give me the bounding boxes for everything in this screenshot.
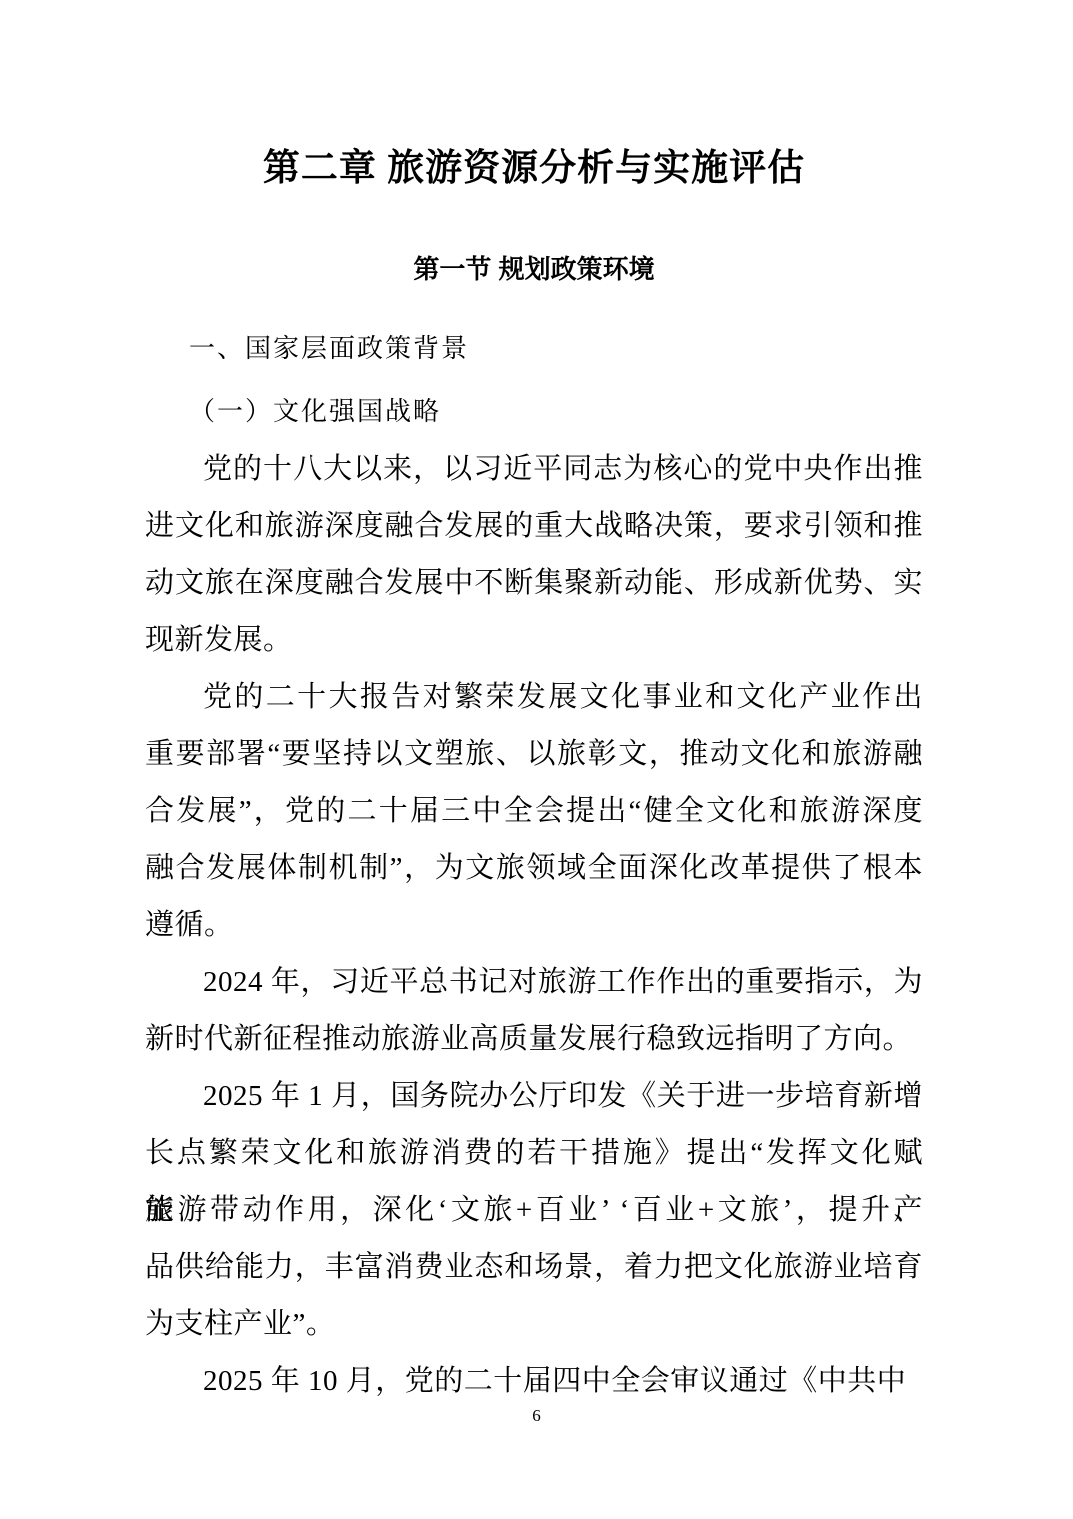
- paragraph-line: 动文旅在深度融合发展中不断集聚新动能、形成新优势、实: [145, 555, 923, 612]
- heading-national-policy-background: 一、国家层面政策背景: [145, 332, 923, 366]
- paragraph-line: 为支柱产业”。: [145, 1296, 923, 1353]
- page-content: 第二章 旅游资源分析与实施评估 第一节 规划政策环境 一、国家层面政策背景 （一…: [145, 0, 923, 1410]
- document-page: 第二章 旅游资源分析与实施评估 第一节 规划政策环境 一、国家层面政策背景 （一…: [0, 0, 1073, 1519]
- paragraph-line: 进文化和旅游深度融合发展的重大战略决策，要求引领和推: [145, 498, 923, 555]
- paragraph-line: 新时代新征程推动旅游业高质量发展行稳致远指明了方向。: [145, 1011, 923, 1068]
- page-number: 6: [0, 1405, 1073, 1427]
- paragraph-line: 2025 年 1 月，国务院办公厅印发《关于进一步培育新增: [145, 1068, 923, 1125]
- heading-cultural-power-strategy: （一）文化强国战略: [145, 395, 923, 429]
- body-text: 党的十八大以来，以习近平同志为核心的党中央作出推 进文化和旅游深度融合发展的重大…: [145, 441, 923, 1410]
- paragraph-line: 党的二十大报告对繁荣发展文化事业和文化产业作出: [145, 669, 923, 726]
- section-title: 第一节 规划政策环境: [145, 252, 923, 286]
- paragraph-line: 旅游带动作用，深化‘文旅+百业’ ‘百业+文旅’，提升产: [145, 1182, 923, 1239]
- paragraph-line: 党的十八大以来，以习近平同志为核心的党中央作出推: [145, 441, 923, 498]
- paragraph-line: 遵循。: [145, 897, 923, 954]
- paragraph-line: 长点繁荣文化和旅游消费的若干措施》提出“发挥文化赋能、: [145, 1125, 923, 1182]
- paragraph: 党的十八大以来，以习近平同志为核心的党中央作出推 进文化和旅游深度融合发展的重大…: [145, 441, 923, 669]
- paragraph-line: 融合发展体制机制”，为文旅领域全面深化改革提供了根本: [145, 840, 923, 897]
- paragraph-line: 2024 年，习近平总书记对旅游工作作出的重要指示，为: [145, 954, 923, 1011]
- paragraph-line: 现新发展。: [145, 612, 923, 669]
- paragraph-line: 合发展”，党的二十届三中全会提出“健全文化和旅游深度: [145, 783, 923, 840]
- paragraph: 2025 年 10 月，党的二十届四中全会审议通过《中共中: [145, 1353, 923, 1410]
- paragraph: 2024 年，习近平总书记对旅游工作作出的重要指示，为 新时代新征程推动旅游业高…: [145, 954, 923, 1068]
- paragraph-line: 品供给能力，丰富消费业态和场景，着力把文化旅游业培育: [145, 1239, 923, 1296]
- paragraph-line: 重要部署“要坚持以文塑旅、以旅彰文，推动文化和旅游融: [145, 726, 923, 783]
- paragraph-line: 2025 年 10 月，党的二十届四中全会审议通过《中共中: [145, 1353, 923, 1410]
- paragraph: 党的二十大报告对繁荣发展文化事业和文化产业作出 重要部署“要坚持以文塑旅、以旅彰…: [145, 669, 923, 954]
- paragraph: 2025 年 1 月，国务院办公厅印发《关于进一步培育新增 长点繁荣文化和旅游消…: [145, 1068, 923, 1353]
- chapter-title: 第二章 旅游资源分析与实施评估: [145, 0, 923, 194]
